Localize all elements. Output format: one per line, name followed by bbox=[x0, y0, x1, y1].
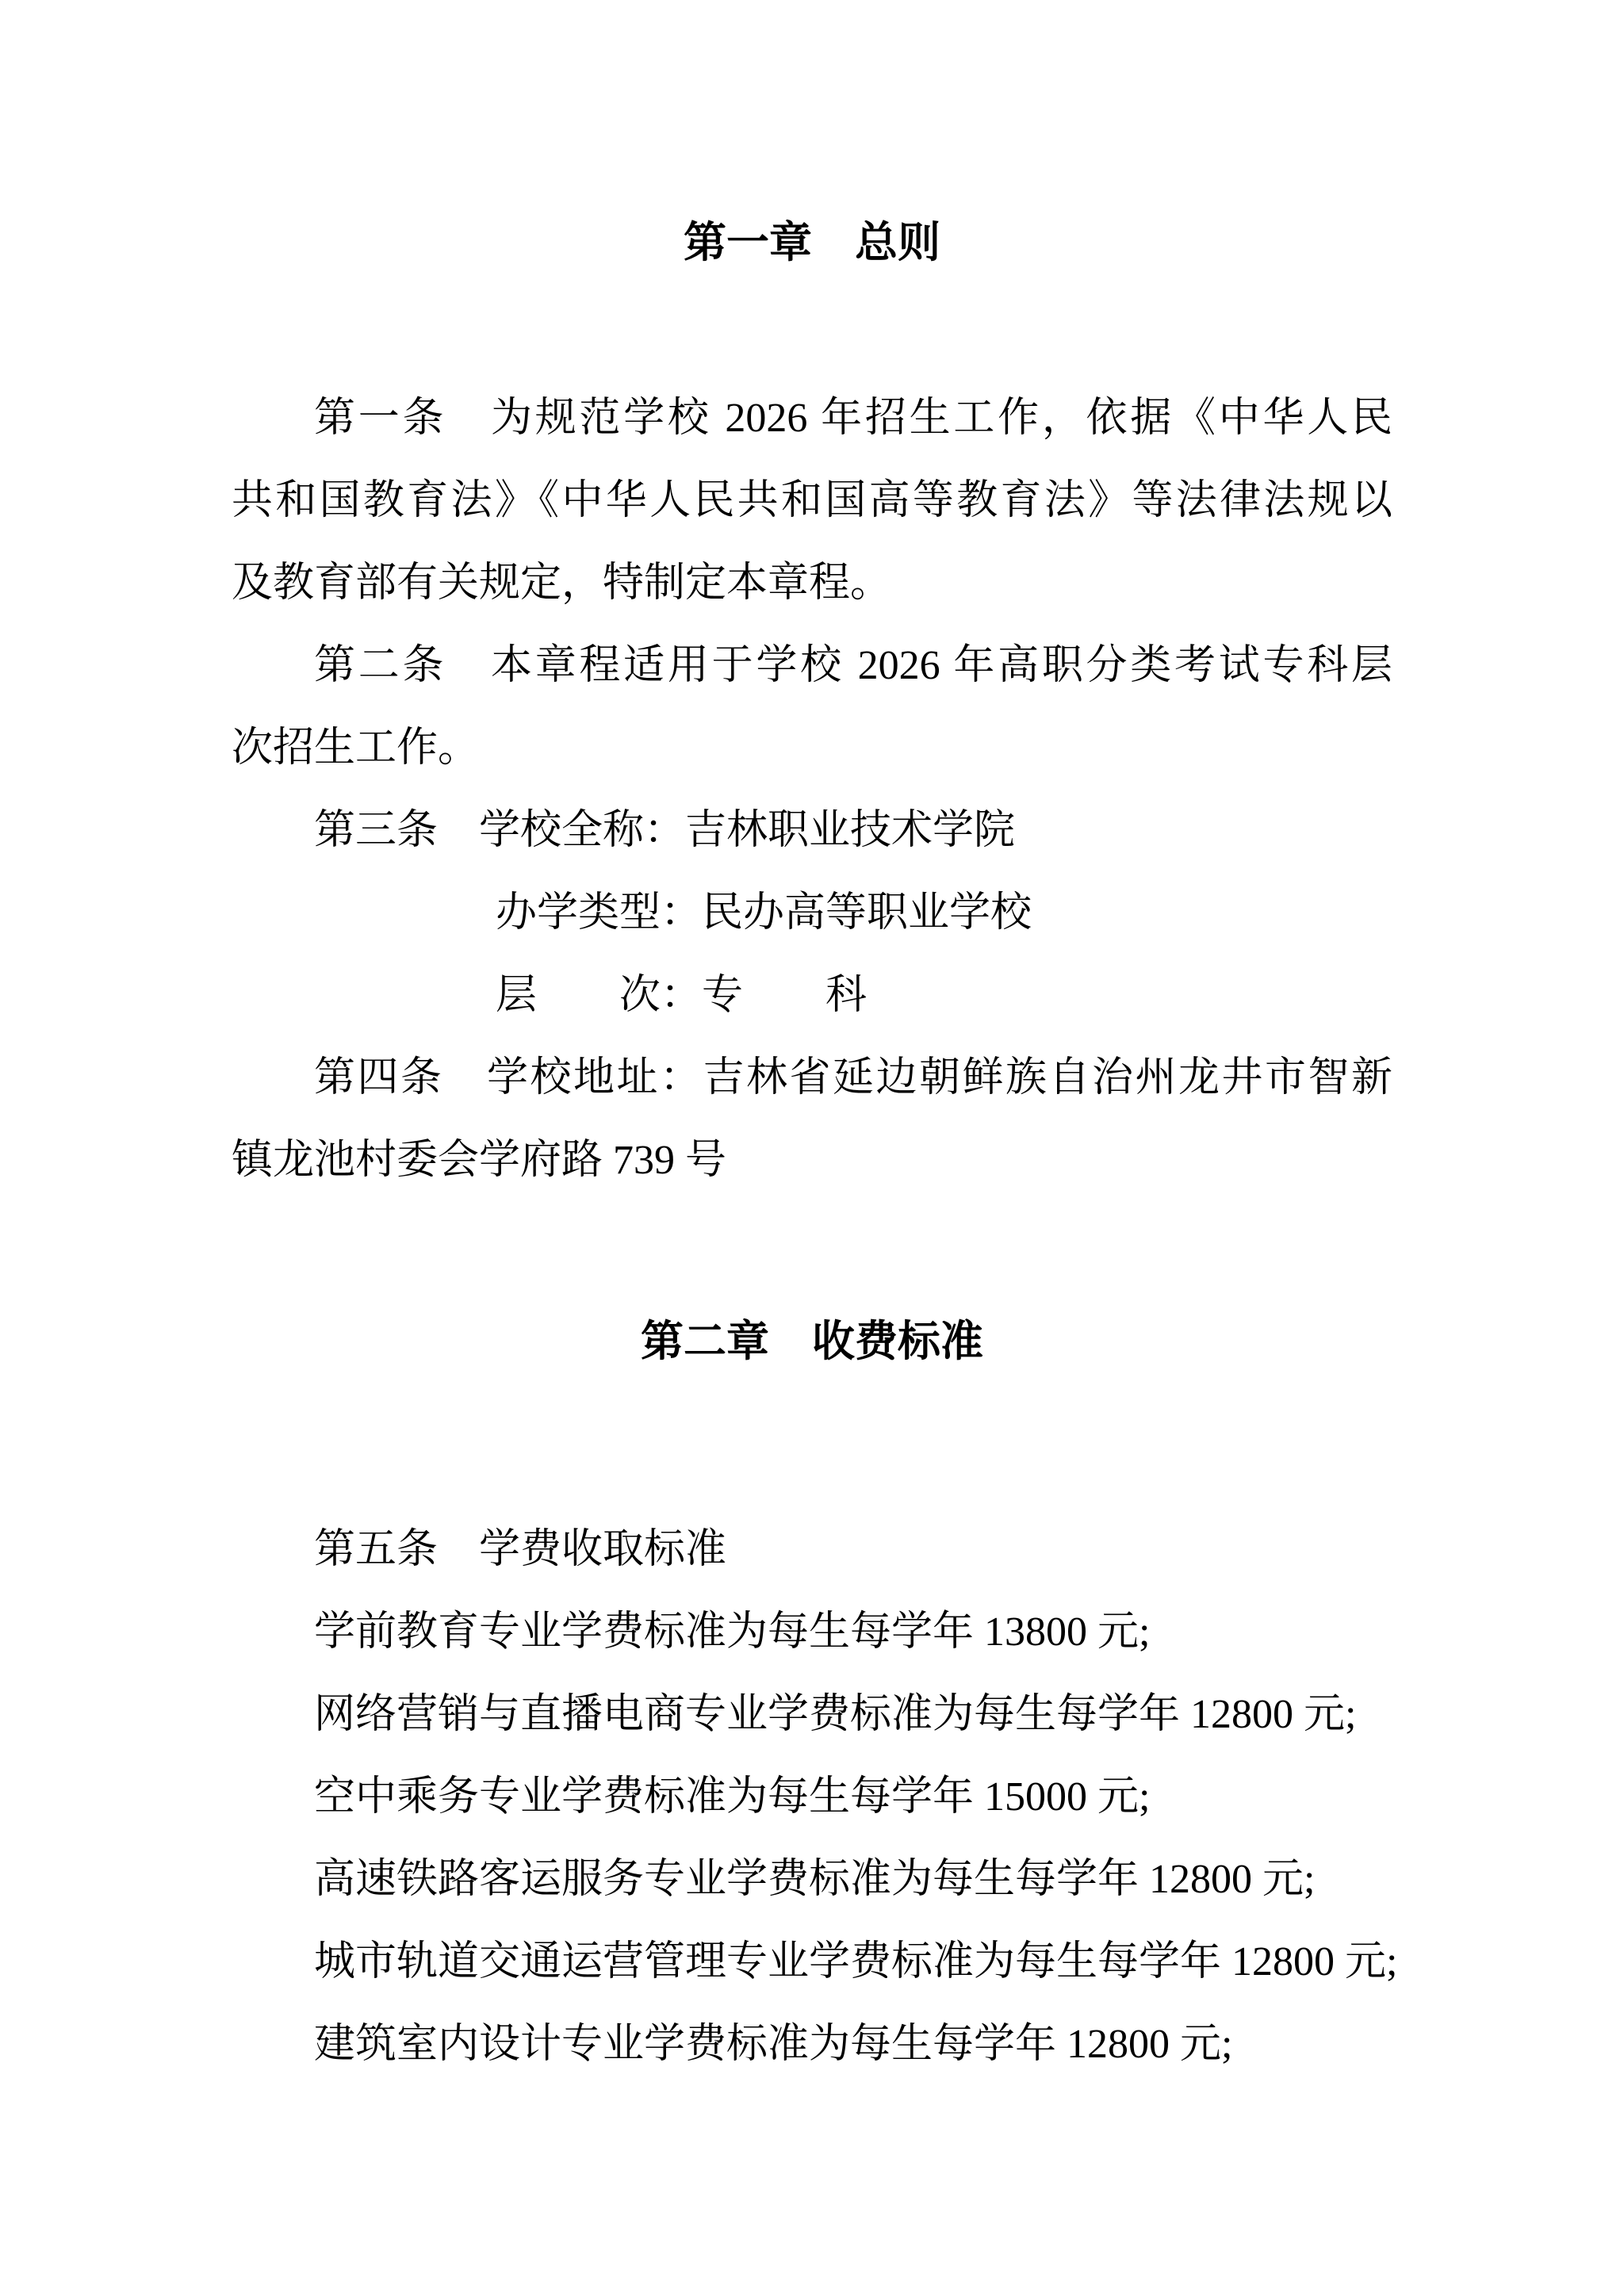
fee-line-urban-rail-transit: 城市轨道交通运营管理专业学费标准为每生每学年 12800 元; bbox=[232, 1921, 1392, 2003]
article1-line3: 及教育部有关规定，特制定本章程。 bbox=[232, 542, 1392, 625]
fee-line-network-marketing-livestream: 网络营销与直播电商专业学费标准为每生每学年 12800 元; bbox=[232, 1674, 1392, 1756]
article4-line2: 镇龙池村委会学府路 739 号 bbox=[232, 1119, 1392, 1202]
article3-line2: 办学类型：民办高等职业学校 bbox=[232, 872, 1392, 955]
fee-line-interior-design: 建筑室内设计专业学费标准为每生每学年 12800 元; bbox=[232, 2003, 1392, 2086]
fee-line-air-crew: 空中乘务专业学费标准为每生每学年 15000 元; bbox=[232, 1756, 1392, 1839]
article1-line1: 第一条 为规范学校 2026 年招生工作，依据《中华人民 bbox=[232, 377, 1392, 460]
article3-line1: 第三条 学校全称：吉林职业技术学院 bbox=[232, 790, 1392, 872]
article5-heading: 第五条 学费收取标准 bbox=[232, 1509, 1392, 1591]
fee-line-preschool-education: 学前教育专业学费标准为每生每学年 13800 元; bbox=[232, 1591, 1392, 1674]
article2-line1: 第二条 本章程适用于学校 2026 年高职分类考试专科层 bbox=[232, 625, 1392, 707]
article3-line3: 层 次：专 科 bbox=[232, 955, 1392, 1037]
article2-line2: 次招生工作。 bbox=[232, 707, 1392, 790]
article4-line1: 第四条 学校地址：吉林省延边朝鲜族自治州龙井市智新 bbox=[232, 1037, 1392, 1119]
document-page: 第一章 总则 第一条 为规范学校 2026 年招生工作，依据《中华人民 共和国教… bbox=[0, 0, 1624, 2296]
chapter2-title: 第二章 收费标准 bbox=[232, 1300, 1392, 1383]
article1-line2: 共和国教育法》《中华人民共和国高等教育法》等法律法规以 bbox=[232, 460, 1392, 542]
fee-line-high-speed-rail-service: 高速铁路客运服务专业学费标准为每生每学年 12800 元; bbox=[232, 1839, 1392, 1921]
chapter1-title: 第一章 总则 bbox=[232, 201, 1392, 284]
